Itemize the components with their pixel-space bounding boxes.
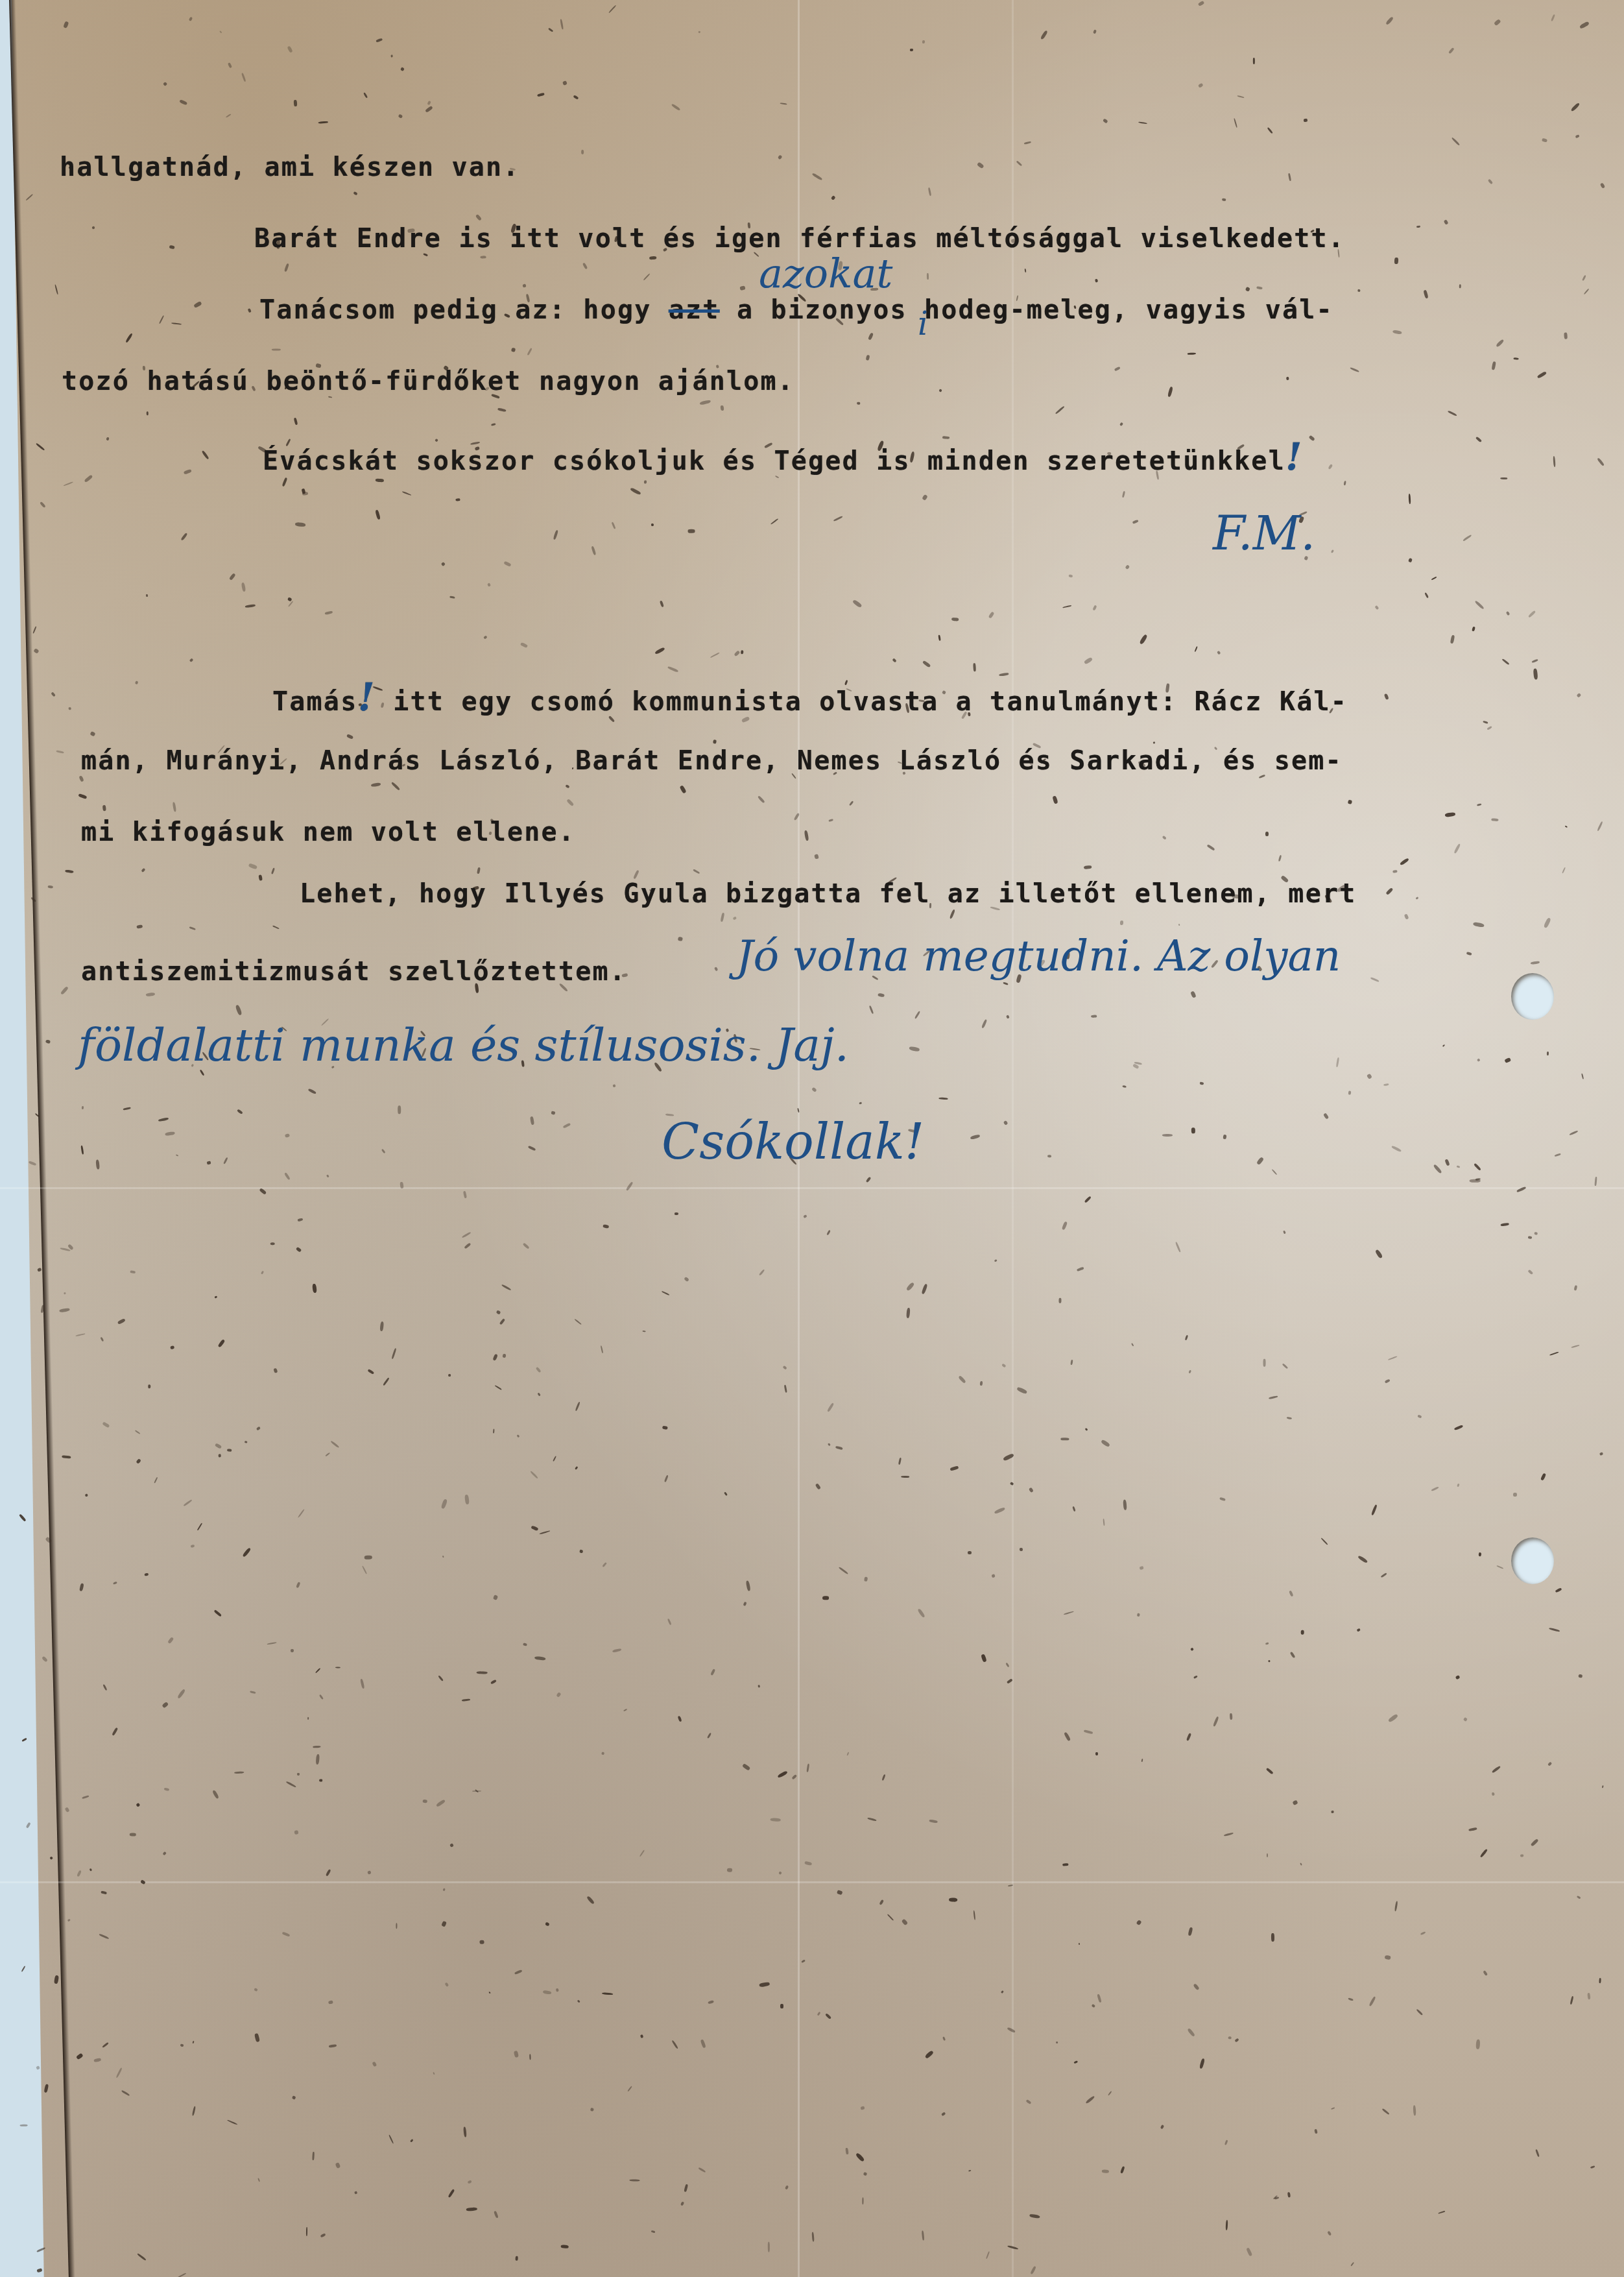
typed-line: Tamás! itt egy csomó kommunista olvasta …	[272, 675, 1348, 720]
handwritten-correction: i	[918, 305, 928, 343]
handwritten-insertion: azokat	[759, 250, 892, 297]
typed-line: hallgatnád, ami készen van.	[60, 152, 520, 182]
punch-hole	[1511, 1537, 1554, 1584]
punch-hole	[1511, 973, 1554, 1020]
struck-word: azt	[669, 295, 720, 325]
typed-line: mi kifogásuk nem volt ellene.	[81, 817, 575, 847]
fold-crease-horizontal	[0, 1881, 1624, 1883]
handwritten-closing: Csókollak!	[662, 1113, 924, 1170]
typed-segment: Tanácsom pedig az: hogy	[259, 295, 669, 325]
typed-line: Évácskát sokszor csókoljuk és Téged is m…	[263, 435, 1304, 479]
handwritten-note-line: Jó volna megtudni. Az olyan	[736, 931, 1341, 981]
typed-segment: a bizonyos hodeg-meleg, vagyis vál-	[720, 295, 1333, 325]
fold-crease-horizontal	[0, 1187, 1624, 1189]
typed-segment: Tamás	[272, 687, 357, 717]
handwritten-exclamation: !	[1285, 435, 1304, 479]
fold-crease-vertical	[1012, 0, 1014, 2277]
typed-line: Tanácsom pedig az: hogy azt a bizonyos h…	[259, 295, 1333, 325]
handwritten-note-line: földalatti munka és stílusosis. Jaj.	[78, 1018, 849, 1072]
handwritten-exclamation: !	[357, 675, 376, 720]
initials-signature: F.M.	[1213, 506, 1315, 560]
typed-line: mán, Murányi, András László, Barát Endre…	[81, 746, 1343, 776]
typed-line: tozó hatású beöntő-fürdőket nagyon ajánl…	[62, 367, 794, 396]
typed-line: Lehet, hogy Illyés Gyula bizgatta fel az…	[300, 879, 1357, 909]
typed-line: antiszemitizmusát szellőztettem.	[81, 957, 627, 987]
typed-segment: Évácskát sokszor csókoljuk és Téged is m…	[263, 446, 1285, 476]
typed-segment: itt egy csomó kommunista olvasta a tanul…	[376, 687, 1348, 717]
